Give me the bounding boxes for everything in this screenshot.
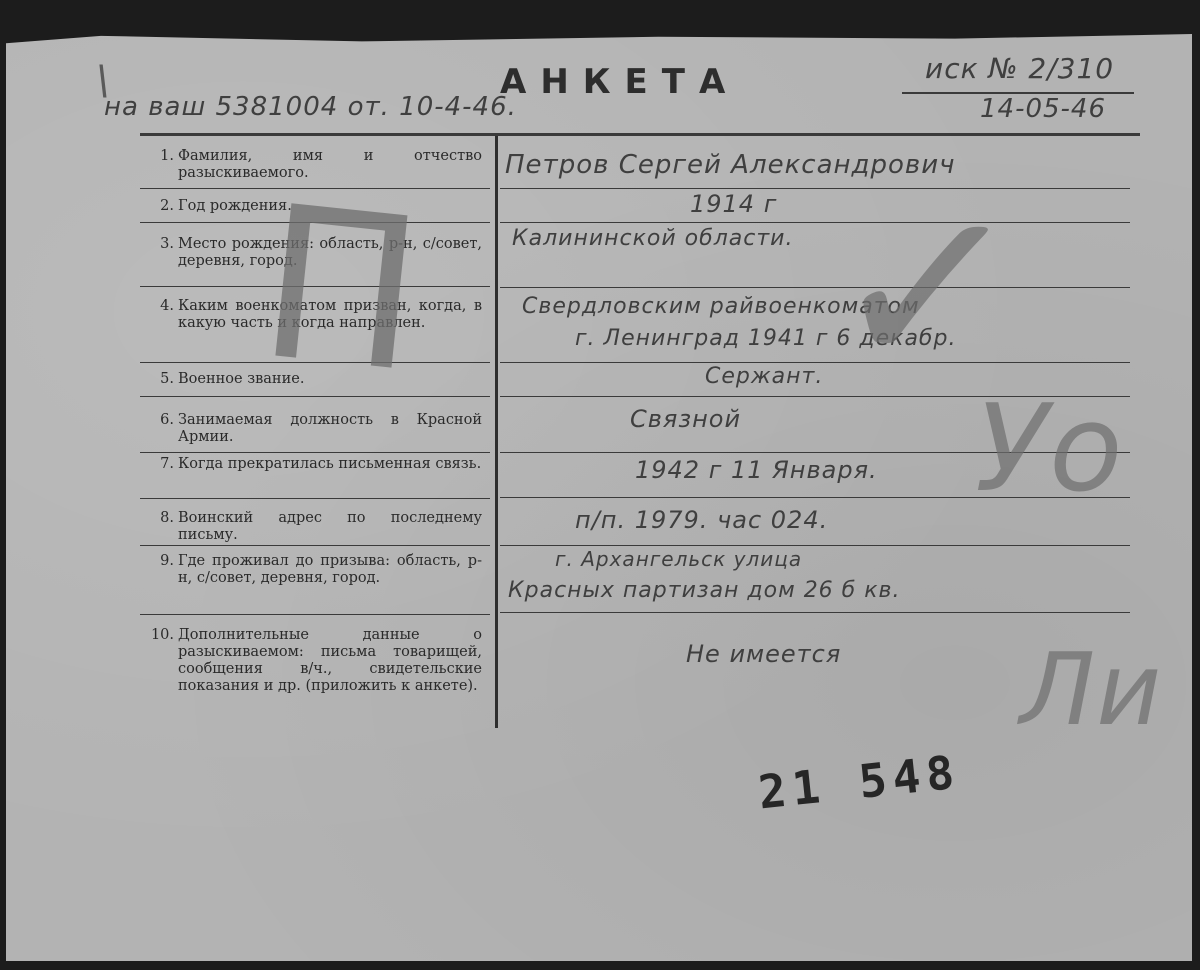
answer-10: Не имеется bbox=[686, 640, 841, 668]
question-number: 8. bbox=[146, 510, 174, 544]
question-9: 9.Где проживал до призыва: область, р-н,… bbox=[146, 553, 482, 587]
row-separator bbox=[140, 545, 490, 546]
case-number: иск № 2/310 bbox=[925, 52, 1114, 85]
row-separator bbox=[140, 452, 490, 453]
question-number: 3. bbox=[146, 236, 174, 270]
pencil-mark-letter: П bbox=[251, 177, 431, 402]
answer-line bbox=[500, 287, 1130, 288]
answer-7: 1942 г 11 Января. bbox=[635, 456, 878, 484]
question-label: Воинский адрес по последнему письму. bbox=[178, 510, 482, 544]
question-7: 7.Когда прекратилась письменная связь. bbox=[146, 456, 482, 473]
question-number: 6. bbox=[146, 412, 174, 446]
question-label: Где проживал до призыва: область, р-н, с… bbox=[178, 553, 482, 587]
column-divider bbox=[495, 136, 498, 728]
question-6: 6.Занимаемая должность в Красной Армии. bbox=[146, 412, 482, 446]
question-number: 1. bbox=[146, 148, 174, 182]
check-mark-icon: ✓ bbox=[822, 169, 1031, 412]
question-label: Дополнительные данные о разыскиваемом: п… bbox=[178, 627, 482, 695]
question-number: 4. bbox=[146, 298, 174, 332]
question-number: 9. bbox=[146, 553, 174, 587]
table-top-border bbox=[140, 133, 1140, 136]
question-number: 7. bbox=[146, 456, 174, 473]
answer-line bbox=[500, 362, 1130, 363]
question-label: Занимаемая должность в Красной Армии. bbox=[178, 412, 482, 446]
question-number: 5. bbox=[146, 371, 174, 388]
answer-line bbox=[500, 188, 1130, 189]
question-number: 2. bbox=[146, 198, 174, 215]
answer-9-line-2: Красных партизан дом 26 б кв. bbox=[508, 578, 900, 603]
question-number: 10. bbox=[146, 627, 174, 695]
header-note: на ваш 5381004 от. 10-4-46. bbox=[104, 92, 517, 122]
answer-3: Калининской области. bbox=[512, 226, 793, 251]
pencil-initials: Ли bbox=[1020, 640, 1162, 740]
answer-line bbox=[500, 612, 1130, 613]
answer-8: п/п. 1979. час 024. bbox=[575, 506, 828, 534]
answer-6: Связной bbox=[630, 405, 741, 433]
answer-5: Сержант. bbox=[705, 364, 823, 389]
pencil-mark-right: Уо bbox=[975, 390, 1124, 510]
answer-line bbox=[500, 222, 1130, 223]
page-title: АНКЕТА bbox=[500, 62, 739, 102]
question-label: Когда прекратилась письменная связь. bbox=[178, 456, 482, 473]
answer-9-line-1: г. Архангельск улица bbox=[555, 547, 802, 571]
answer-2: 1914 г bbox=[690, 190, 777, 218]
row-separator bbox=[140, 614, 490, 615]
row-separator bbox=[140, 498, 490, 499]
case-date: 14-05-46 bbox=[980, 94, 1106, 124]
question-10: 10.Дополнительные данные о разыскиваемом… bbox=[146, 627, 482, 695]
answer-line bbox=[500, 545, 1130, 546]
question-8: 8.Воинский адрес по последнему письму. bbox=[146, 510, 482, 544]
